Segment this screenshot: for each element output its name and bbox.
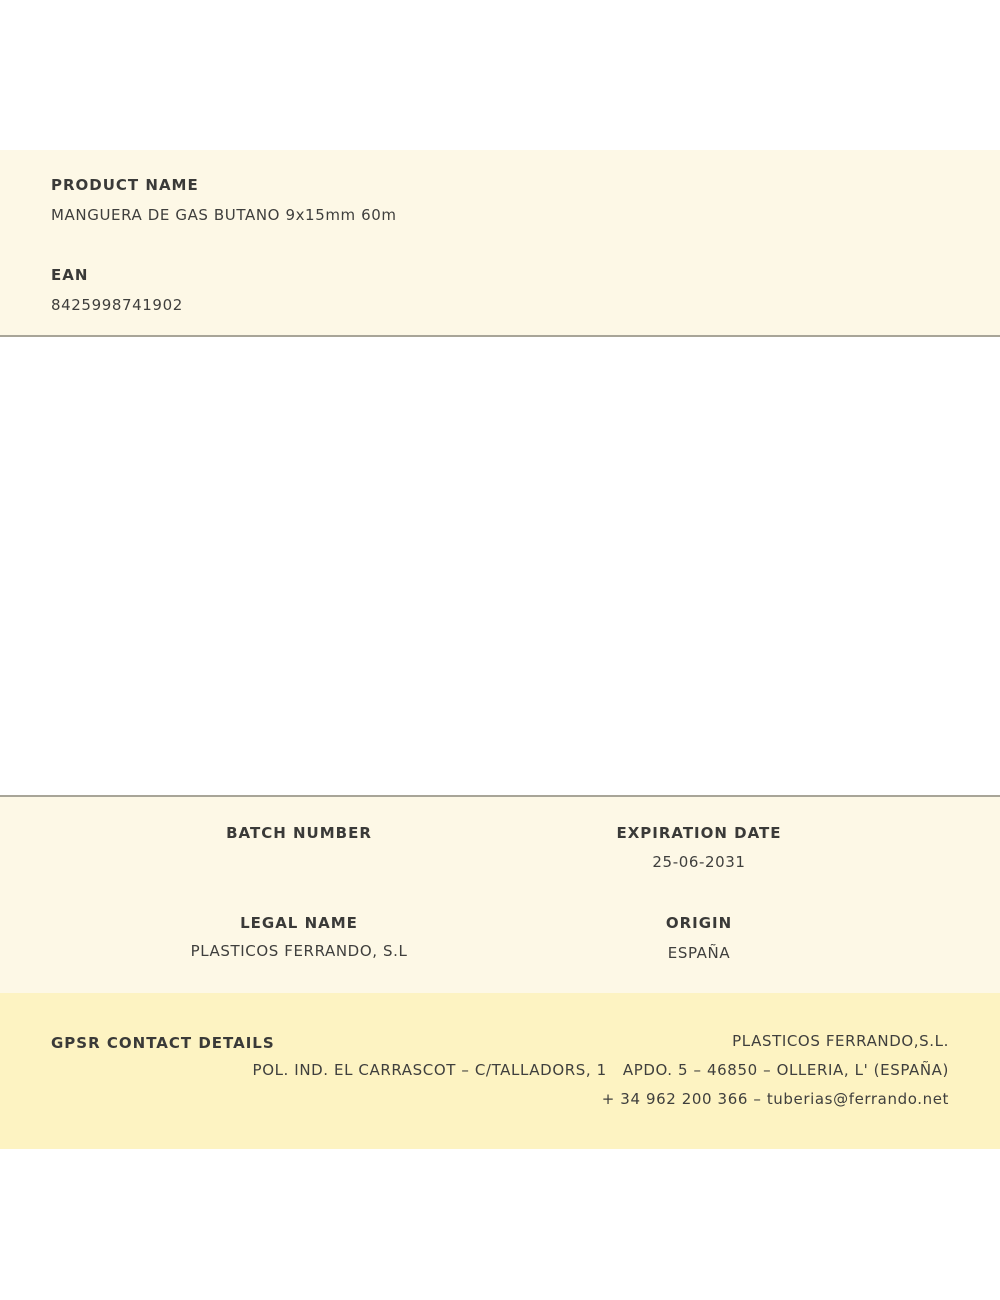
- legal-name-label: LEGAL NAME: [240, 914, 358, 932]
- batch-number-label: BATCH NUMBER: [226, 824, 372, 842]
- gpsr-contact: + 34 962 200 366 – tuberias@ferrando.net: [602, 1090, 949, 1108]
- expiration-date-value: 25-06-2031: [652, 853, 745, 871]
- details-section: BATCH NUMBER EXPIRATION DATE 25-06-2031 …: [0, 795, 1000, 995]
- gpsr-section: GPSR CONTACT DETAILS PLASTICOS FERRANDO,…: [0, 993, 1000, 1149]
- gpsr-company: PLASTICOS FERRANDO,S.L.: [732, 1032, 949, 1050]
- product-name-value: MANGUERA DE GAS BUTANO 9x15mm 60m: [51, 206, 397, 224]
- origin-value: ESPAÑA: [668, 944, 730, 962]
- gpsr-label: GPSR CONTACT DETAILS: [51, 1034, 275, 1052]
- product-section: PRODUCT NAME MANGUERA DE GAS BUTANO 9x15…: [0, 150, 1000, 337]
- ean-label: EAN: [51, 266, 88, 284]
- ean-value: 8425998741902: [51, 296, 183, 314]
- gpsr-address: POL. IND. EL CARRASCOT – C/TALLADORS, 1 …: [253, 1061, 949, 1079]
- product-name-label: PRODUCT NAME: [51, 176, 199, 194]
- expiration-date-label: EXPIRATION DATE: [616, 824, 781, 842]
- legal-name-value: PLASTICOS FERRANDO, S.L: [191, 942, 408, 960]
- origin-label: ORIGIN: [666, 914, 732, 932]
